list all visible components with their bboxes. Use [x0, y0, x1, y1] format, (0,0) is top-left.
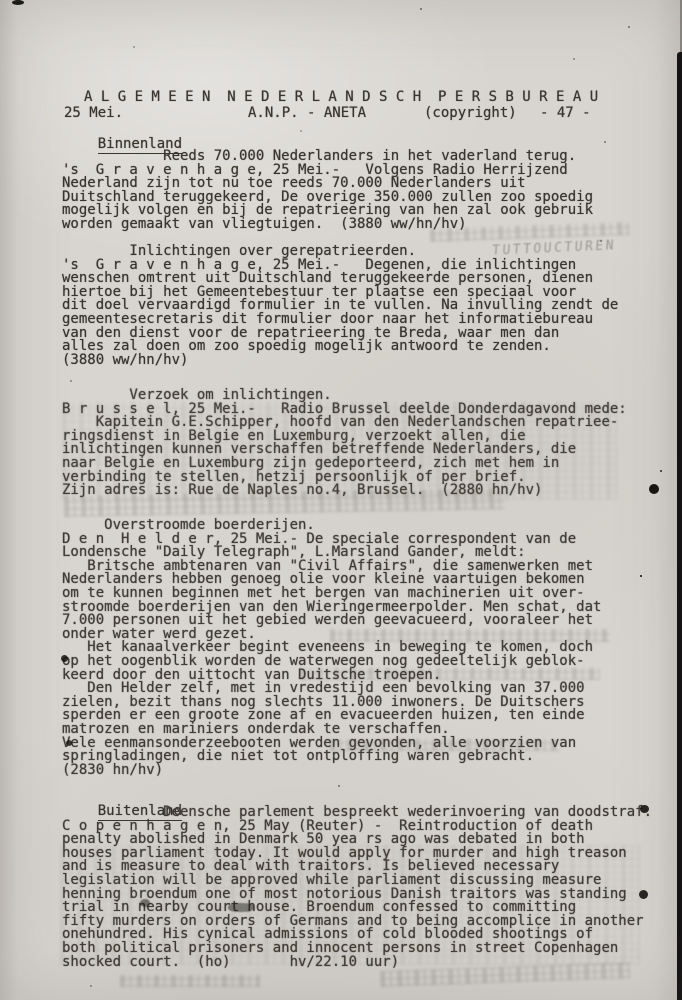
agency-abbreviation: A.N.P. - ANETA — [248, 107, 366, 121]
ink-blot — [639, 890, 648, 899]
text-line: (2830 hn/hv) — [62, 764, 601, 778]
text-line: (3880 ww/hn/hv) — [62, 354, 618, 368]
article-inlichtingen-gerepatrieerden: Inlichtingen over gerepatrieerden.'s G r… — [62, 245, 618, 367]
article-reeds-70000-terug: Reeds 70.000 Nederlanders in het vaderla… — [62, 150, 593, 232]
ink-blot — [140, 899, 150, 907]
photo-edge-black-strip — [677, 52, 682, 1000]
ink-smudge — [300, 668, 600, 680]
ink-blot — [61, 655, 68, 662]
ink-blot — [649, 484, 659, 494]
copyright-note: (copyright) — [424, 107, 517, 121]
ink-blot — [66, 740, 72, 746]
scanned-press-bulletin: A L G E M E E N N E D E R L A N D S C H … — [0, 0, 682, 1000]
agency-name: A L G E M E E N N E D E R L A N D S C H … — [84, 91, 598, 105]
ink-smudge — [330, 629, 610, 642]
section-heading-binnenland: Binnenland — [64, 124, 182, 138]
ink-smudge — [330, 739, 560, 751]
issue-date: 25 Mei. — [64, 107, 123, 121]
ink-smudge — [120, 975, 260, 987]
page-number: - 47 - — [540, 107, 591, 121]
section-heading-buitenland: Buitenland — [64, 791, 182, 805]
paper-speckles — [0, 0, 2, 2]
ink-blot — [12, 0, 24, 5]
ink-blot — [228, 903, 254, 912]
ink-smudge — [62, 402, 618, 500]
ink-blot — [640, 805, 649, 813]
